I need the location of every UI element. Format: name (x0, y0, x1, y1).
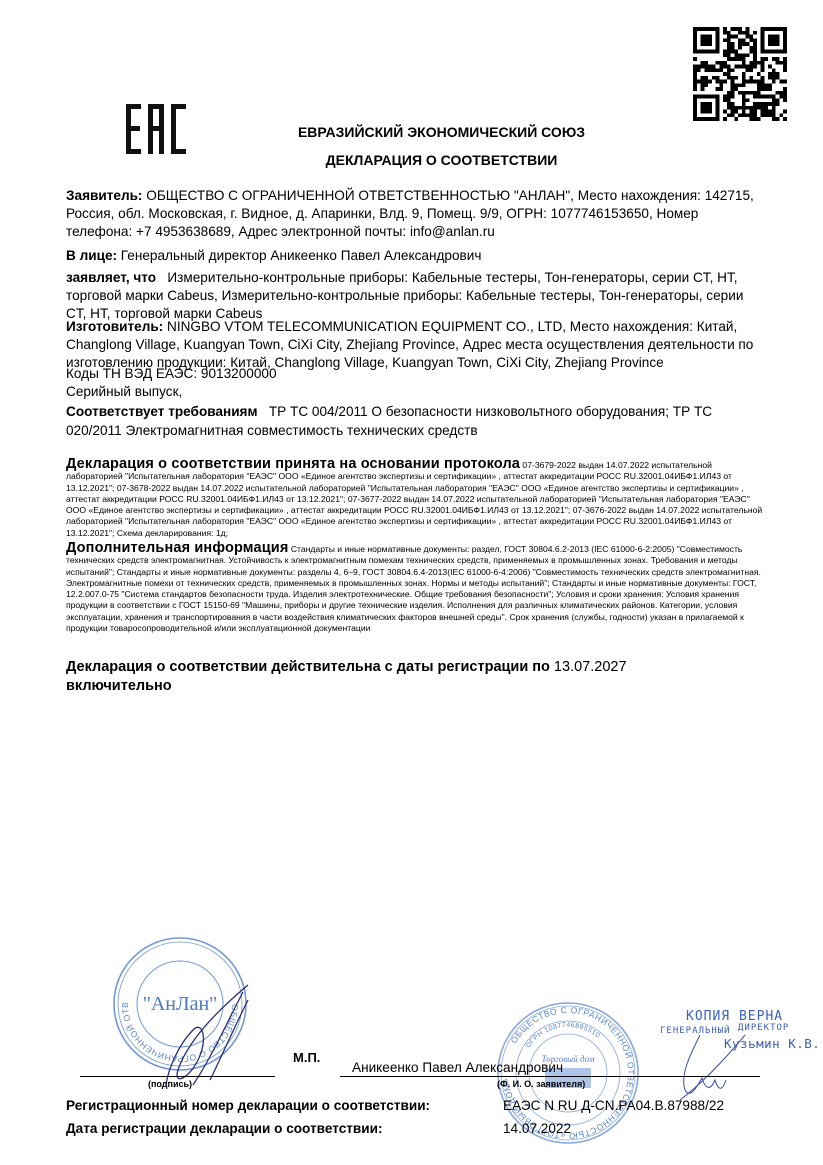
manufacturer-section: Изготовитель: NINGBO VTOM TELECOMMUNICAT… (66, 318, 766, 372)
declares-label: заявляет, что (66, 270, 156, 285)
additional-info-text: Стандарты и иные нормативные документы: … (66, 544, 761, 633)
signature-line (80, 1076, 275, 1077)
protocol-label: Декларация о соответствии принята на осн… (66, 456, 520, 472)
registration-number-label: Регистрационный номер декларации о соотв… (66, 1098, 430, 1113)
protocol-section: Декларация о соответствии принята на осн… (66, 459, 766, 539)
applicant-text: ОБЩЕСТВО С ОГРАНИЧЕННОЙ ОТВЕТСТВЕННОСТЬЮ… (66, 188, 754, 239)
registration-date-label: Дата регистрации декларации о соответств… (66, 1121, 383, 1136)
person-label: В лице: (66, 248, 117, 263)
seal-place-label: М.П. (293, 1050, 320, 1065)
protocol-text: 07-3679-2022 выдан 14.07.2022 испытатель… (66, 460, 762, 538)
validity-label: Декларация о соответствии действительна … (66, 659, 550, 675)
signatory-name: Аникеенко Павел Александрович (352, 1060, 563, 1075)
applicant-section: Заявитель: ОБЩЕСТВО С ОГРАНИЧЕННОЙ ОТВЕТ… (66, 187, 766, 241)
copy-line-1: КОПИЯ ВЕРНА (686, 1009, 783, 1024)
signature-scribble (148, 980, 258, 1090)
manufacturer-label: Изготовитель: (66, 319, 163, 334)
person-section: В лице: Генеральный директор Аникеенко П… (66, 247, 766, 265)
person-text: Генеральный директор Аникеенко Павел Але… (117, 248, 481, 263)
registration-date: 14.07.2022 (503, 1121, 571, 1136)
signature-caption: (подпись) (148, 1079, 192, 1089)
union-heading: ЕВРАЗИЙСКИЙ ЭКОНОМИЧЕСКИЙ СОЮЗ (0, 124, 823, 140)
validity-date: 13.07.2027 (550, 659, 627, 675)
name-line (340, 1076, 760, 1077)
svg-text:ОГРН 1087746895510: ОГРН 1087746895510 (525, 1022, 601, 1049)
manufacturer-text: NINGBO VTOM TELECOMMUNICATION EQUIPMENT … (66, 319, 753, 370)
validity-suffix: включительно (66, 678, 172, 694)
name-caption: (Ф. И. О. заявителя) (497, 1079, 585, 1089)
declares-text: Измерительно-контрольные приборы: Кабель… (66, 270, 747, 321)
additional-info-section: Дополнительная информация Стандарты и ин… (66, 543, 766, 634)
qr-code-icon[interactable] (693, 27, 787, 121)
hs-codes: Коды ТН ВЭД ЕАЭС: 9013200000 (66, 365, 766, 383)
document-title: ДЕКЛАРАЦИЯ О СООТВЕТСТВИИ (0, 152, 823, 168)
applicant-label: Заявитель: (66, 188, 142, 203)
conforms-label: Соответствует требованиям (66, 404, 258, 419)
serial-release: Серийный выпуск, (66, 383, 766, 401)
validity-section: Декларация о соответствии действительна … (66, 658, 766, 696)
director-signature-scribble (660, 1030, 750, 1105)
declares-section: заявляет, что Измерительно-контрольные п… (66, 269, 766, 323)
additional-info-label: Дополнительная информация (66, 540, 288, 556)
conforms-section: Соответствует требованиям ТР ТС 004/2011… (66, 402, 766, 440)
registration-number: ЕАЭС N RU Д-CN.РА04.В.87988/22 (503, 1098, 724, 1113)
